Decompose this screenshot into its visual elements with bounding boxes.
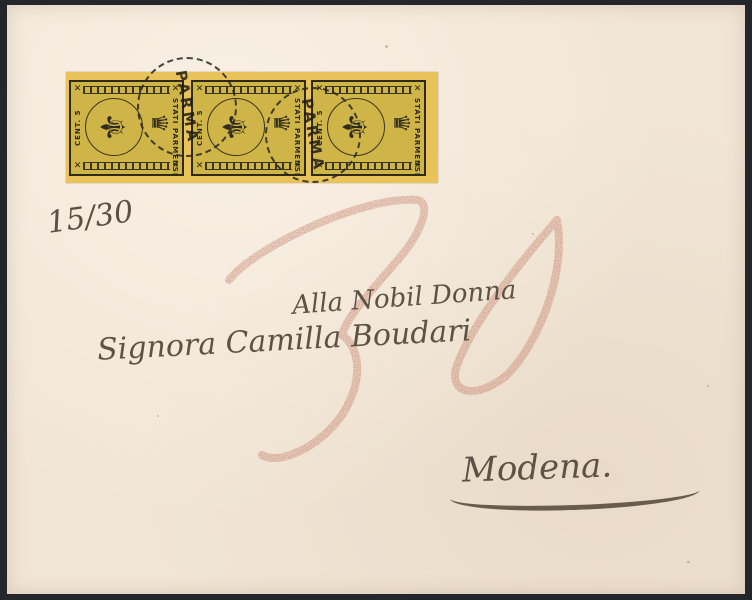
destination-underline-flourish bbox=[450, 487, 701, 515]
postmark: PARMA bbox=[265, 87, 361, 183]
address-line-1: Alla Nobil Donna bbox=[291, 275, 517, 321]
envelope: ✕ ✕ ✕ ✕ CENT. 5 STATI PARMENSI ⚜ ♛ ✕ ✕ ✕… bbox=[7, 5, 745, 594]
greek-key-border bbox=[325, 86, 412, 94]
stamp-strip: ✕ ✕ ✕ ✕ CENT. 5 STATI PARMENSI ⚜ ♛ ✕ ✕ ✕… bbox=[66, 72, 438, 183]
paper-speck bbox=[385, 45, 388, 48]
crown-icon: ♛ bbox=[389, 113, 411, 133]
postmark-text: PARMA bbox=[172, 69, 203, 145]
corner-cross-icon: ✕ bbox=[73, 85, 82, 94]
fleur-de-lis-icon: ⚜ bbox=[97, 112, 131, 142]
paper-speck bbox=[157, 415, 159, 417]
corner-cross-icon: ✕ bbox=[195, 162, 204, 171]
paper-speck bbox=[687, 561, 690, 563]
stamp-medallion: ⚜ bbox=[85, 98, 143, 156]
image-frame: ✕ ✕ ✕ ✕ CENT. 5 STATI PARMENSI ⚜ ♛ ✕ ✕ ✕… bbox=[0, 0, 752, 600]
postmark-text: PARMA bbox=[298, 97, 329, 173]
paper-speck bbox=[707, 385, 709, 387]
greek-key-border bbox=[83, 162, 170, 170]
corner-cross-icon: ✕ bbox=[413, 85, 422, 94]
destination-city: Modena. bbox=[461, 445, 612, 490]
address-line-2: Signora Camilla Boudari bbox=[96, 313, 472, 368]
postmark: PARMA bbox=[137, 57, 237, 157]
corner-cross-icon: ✕ bbox=[73, 162, 82, 171]
paper-speck bbox=[532, 233, 534, 235]
docket-notation: 15/30 bbox=[45, 194, 135, 241]
